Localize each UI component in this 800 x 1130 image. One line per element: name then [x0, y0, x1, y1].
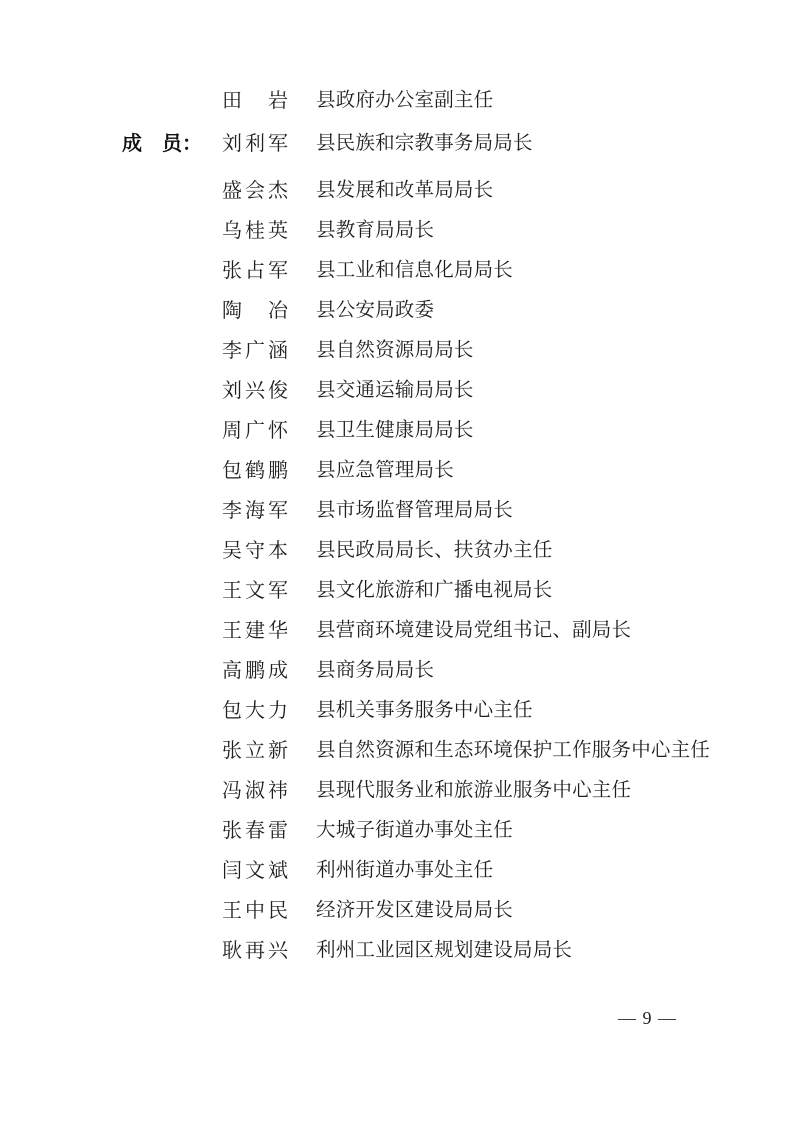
- member-name: 包鹤鹏: [222, 451, 288, 491]
- member-row: 冯淑祎 县现代服务业和旅游业服务中心主任: [0, 771, 800, 811]
- member-row: 李广涵 县自然资源局局长: [0, 331, 800, 371]
- member-title: 县公安局政委: [316, 291, 434, 331]
- member-title: 县政府办公室副主任: [316, 81, 493, 121]
- member-name: 张占军: [222, 251, 288, 291]
- member-name: 李海军: [222, 491, 288, 531]
- member-row: 张立新 县自然资源和生态环境保护工作服务中心主任: [0, 731, 800, 771]
- member-row: 吴守本 县民政局局长、扶贫办主任: [0, 531, 800, 571]
- member-title: 县商务局局长: [316, 651, 434, 691]
- member-title: 县民政局局长、扶贫办主任: [316, 531, 552, 571]
- member-row: 包大力 县机关事务服务中心主任: [0, 691, 800, 731]
- member-row: 田 岩 县政府办公室副主任: [0, 81, 800, 121]
- member-title: 县文化旅游和广播电视局长: [316, 571, 552, 611]
- member-row: 张占军 县工业和信息化局局长: [0, 251, 800, 291]
- member-name: 王文军: [222, 571, 288, 611]
- member-row: 闫文斌 利州街道办事处主任: [0, 851, 800, 891]
- member-title: 县现代服务业和旅游业服务中心主任: [316, 771, 631, 811]
- member-row: 刘兴俊 县交通运输局局长: [0, 371, 800, 411]
- member-row: 耿再兴 利州工业园区规划建设局局长: [0, 931, 800, 971]
- member-row: 李海军 县市场监督管理局局长: [0, 491, 800, 531]
- member-title: 县营商环境建设局党组书记、副局长: [316, 611, 631, 651]
- member-title: 县自然资源和生态环境保护工作服务中心主任: [316, 731, 710, 771]
- member-name: 乌桂英: [222, 211, 288, 251]
- member-name: 刘兴俊: [222, 371, 288, 411]
- member-name: 刘利军: [222, 124, 288, 164]
- member-name: 盛会杰: [222, 171, 288, 211]
- page-number: — 9 —: [618, 1008, 677, 1029]
- member-row: 包鹤鹏 县应急管理局长: [0, 451, 800, 491]
- member-name: 周广怀: [222, 411, 288, 451]
- member-role-label: 成 员：: [122, 124, 202, 164]
- member-name: 张立新: [222, 731, 288, 771]
- member-name: 耿再兴: [222, 931, 288, 971]
- member-name: 王建华: [222, 611, 288, 651]
- member-name: 田 岩: [222, 81, 288, 121]
- member-name: 包大力: [222, 691, 288, 731]
- member-name: 吴守本: [222, 531, 288, 571]
- member-title: 县应急管理局长: [316, 451, 454, 491]
- member-title: 经济开发区建设局局长: [316, 891, 513, 931]
- member-title: 县民族和宗教事务局局长: [316, 124, 533, 164]
- member-name: 闫文斌: [222, 851, 288, 891]
- member-row: 高鹏成 县商务局局长: [0, 651, 800, 691]
- member-name: 李广涵: [222, 331, 288, 371]
- member-row: 张春雷 大城子街道办事处主任: [0, 811, 800, 851]
- member-title: 县卫生健康局局长: [316, 411, 474, 451]
- member-roster: 田 岩 县政府办公室副主任 成 员： 刘利军 县民族和宗教事务局局长 盛会杰 县…: [0, 81, 800, 971]
- member-row: 王文军 县文化旅游和广播电视局长: [0, 571, 800, 611]
- member-row: 成 员： 刘利军 县民族和宗教事务局局长: [0, 124, 800, 164]
- member-title: 县工业和信息化局局长: [316, 251, 513, 291]
- member-row: 王中民 经济开发区建设局局长: [0, 891, 800, 931]
- member-title: 县发展和改革局局长: [316, 171, 493, 211]
- member-title: 县市场监督管理局局长: [316, 491, 513, 531]
- member-name: 高鹏成: [222, 651, 288, 691]
- member-title: 县自然资源局局长: [316, 331, 474, 371]
- document-page: 田 岩 县政府办公室副主任 成 员： 刘利军 县民族和宗教事务局局长 盛会杰 县…: [0, 0, 800, 1130]
- member-row: 陶 冶 县公安局政委: [0, 291, 800, 331]
- member-title: 县交通运输局局长: [316, 371, 474, 411]
- member-row: 周广怀 县卫生健康局局长: [0, 411, 800, 451]
- member-name: 王中民: [222, 891, 288, 931]
- member-name: 张春雷: [222, 811, 288, 851]
- member-row: 王建华 县营商环境建设局党组书记、副局长: [0, 611, 800, 651]
- member-row: 盛会杰 县发展和改革局局长: [0, 171, 800, 211]
- member-title: 利州街道办事处主任: [316, 851, 493, 891]
- member-title: 县教育局局长: [316, 211, 434, 251]
- member-name: 陶 冶: [222, 291, 288, 331]
- member-title: 县机关事务服务中心主任: [316, 691, 533, 731]
- member-name: 冯淑祎: [222, 771, 288, 811]
- member-title: 利州工业园区规划建设局局长: [316, 931, 572, 971]
- member-row: 乌桂英 县教育局局长: [0, 211, 800, 251]
- member-title: 大城子街道办事处主任: [316, 811, 513, 851]
